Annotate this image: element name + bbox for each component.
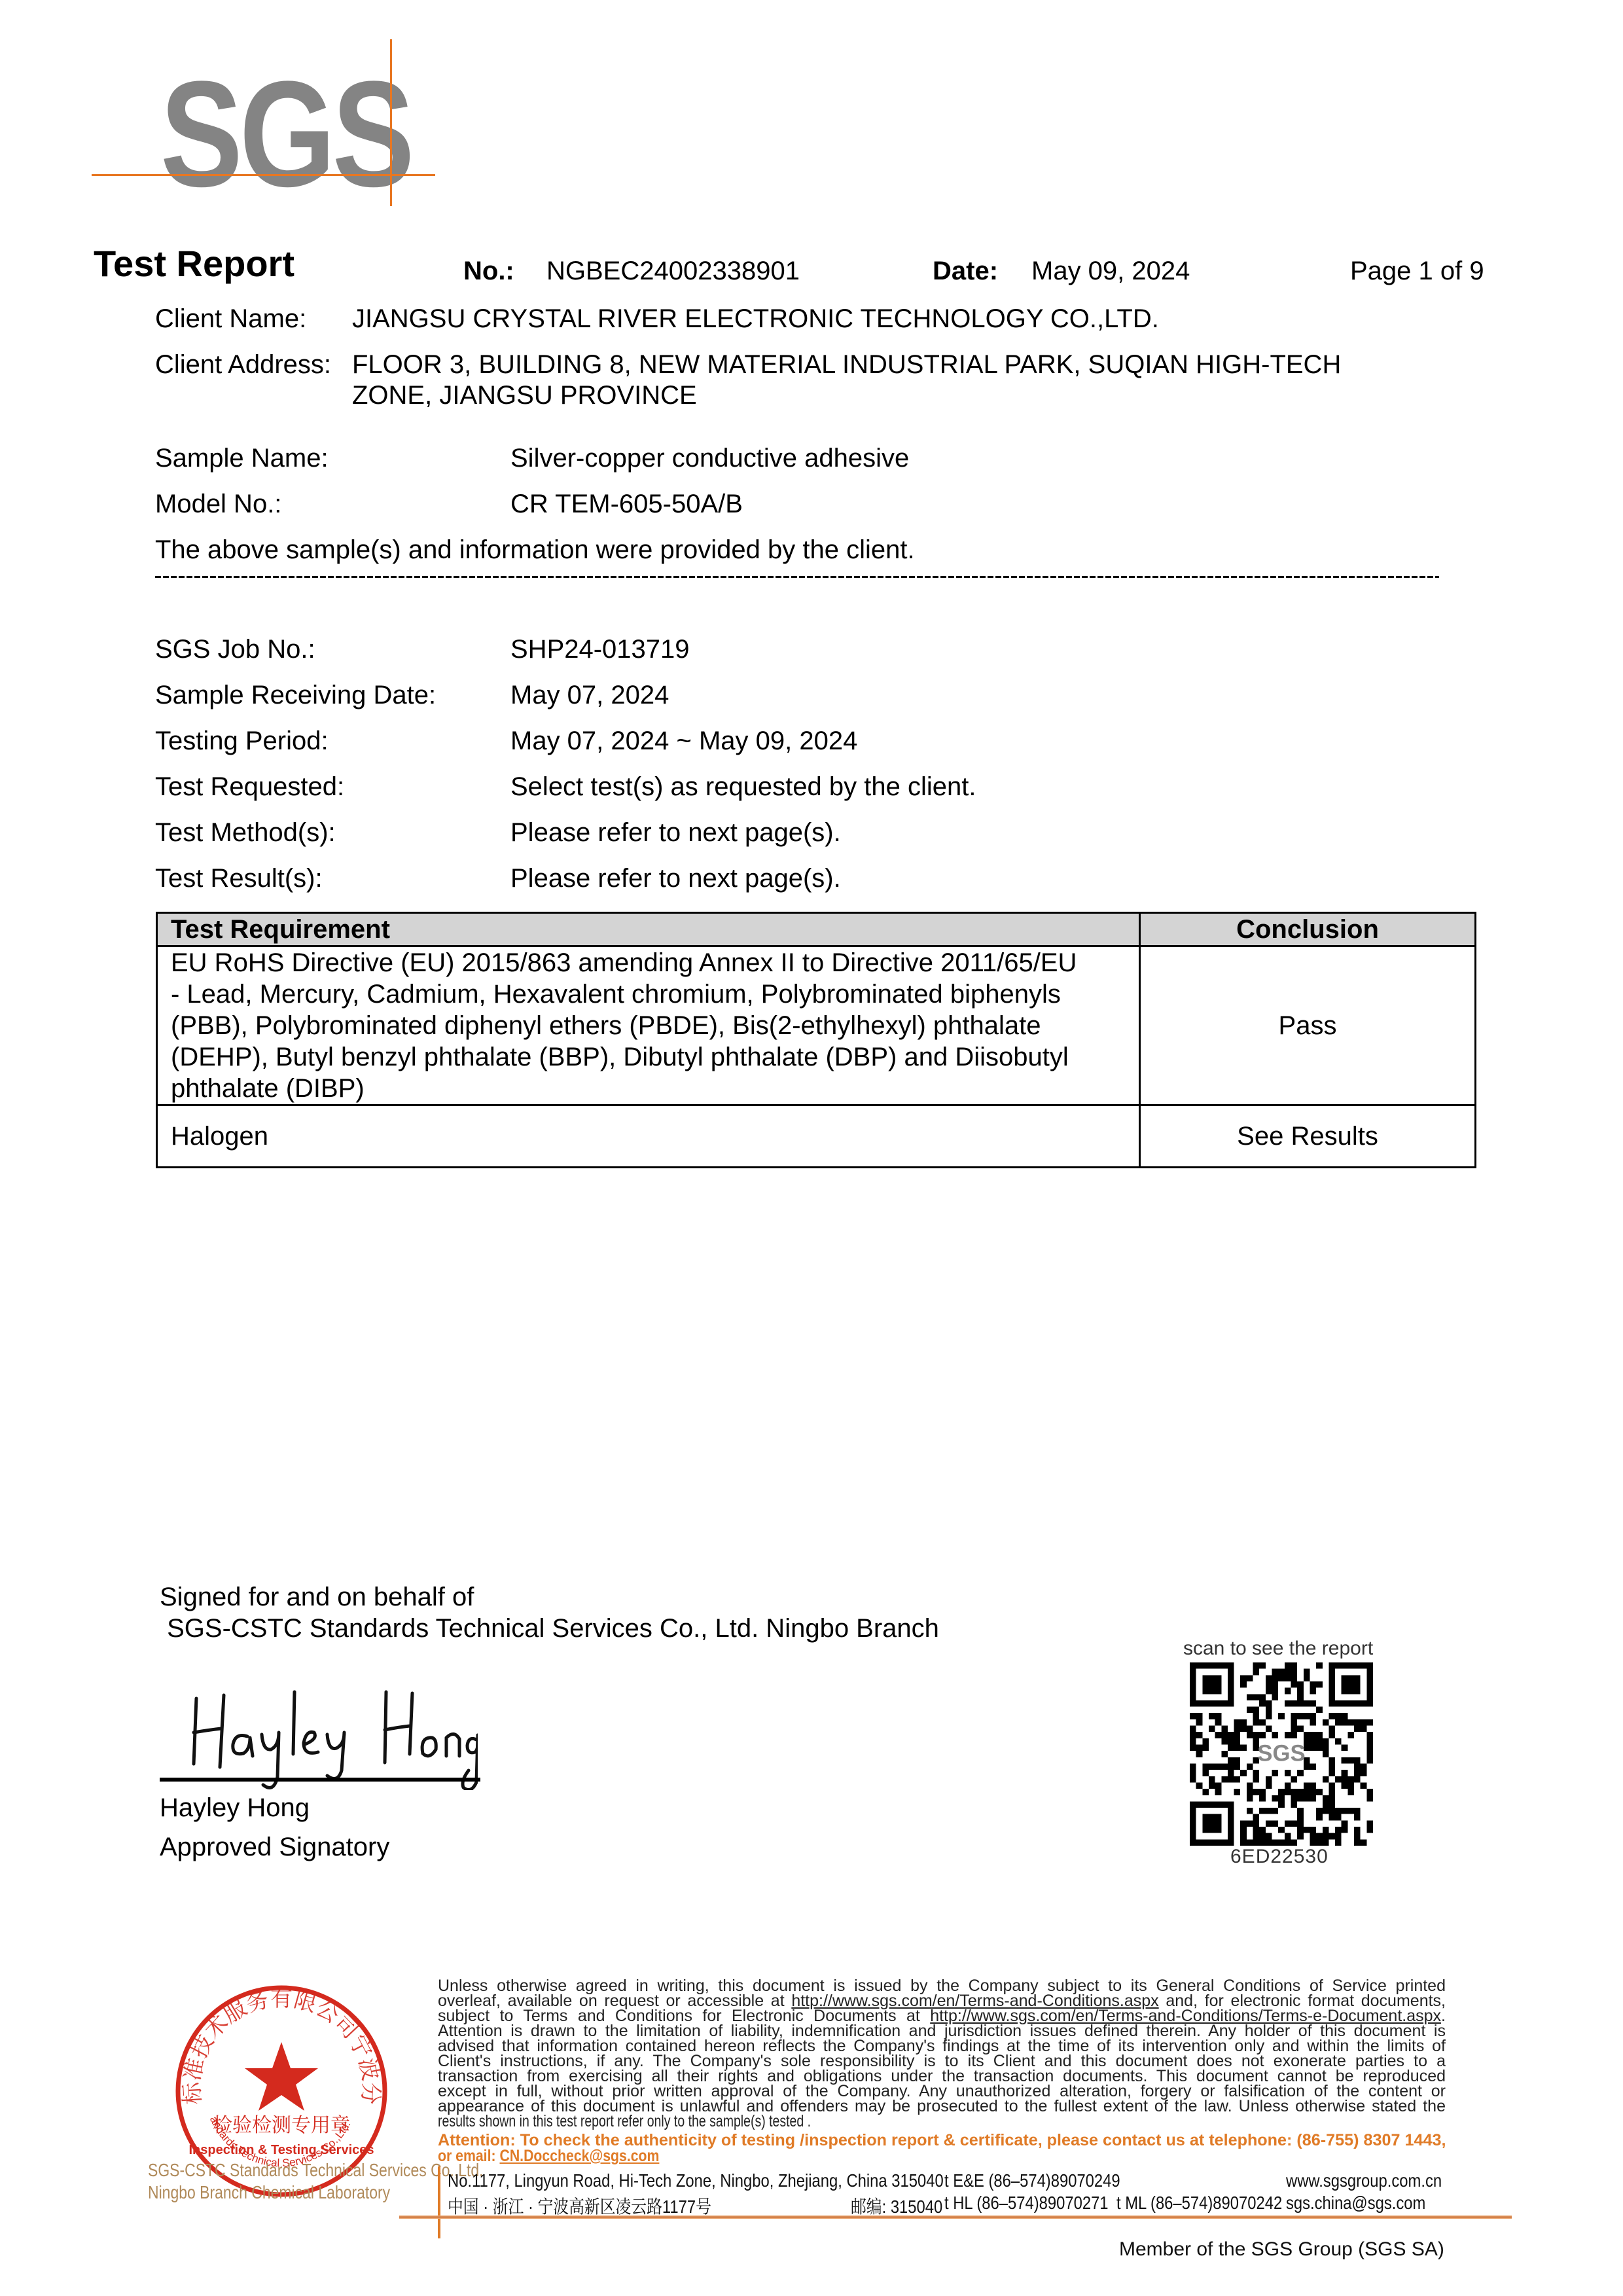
job-field-value: Please refer to next page(s). [510,864,841,893]
signing-company: SGS-CSTC Standards Technical Services Co… [160,1614,939,1643]
postcode-cn: 邮编: 315040 [851,2193,942,2219]
requirement-line: - Lead, Mercury, Cadmium, Hexavalent chr… [171,978,1126,1010]
address-cn: 中国 · 浙江 · 宁波高新区凌云路1177号 [448,2193,711,2219]
client-address-line1: FLOOR 3, BUILDING 8, NEW MATERIAL INDUST… [352,350,1341,380]
table-row: Halogen See Results [157,1105,1476,1168]
header-conclusion: Conclusion [1140,913,1476,946]
sgs-group-membership: Member of the SGS Group (SGS SA) [1119,2238,1444,2261]
signed-on-behalf: Signed for and on behalf of [160,1583,474,1612]
sgs-logo: SGS [92,33,445,223]
table-header-row: Test Requirement Conclusion [157,913,1476,946]
requirement-cell: EU RoHS Directive (EU) 2015/863 amending… [157,946,1140,1105]
sample-name: Silver-copper conductive adhesive [510,444,909,473]
svg-text:检验检测专用章: 检验检测专用章 [213,2114,350,2137]
footer-vertical-rule [438,2166,440,2238]
handwritten-signature [190,1672,478,1790]
authenticity-email-line: or email: CN.Doccheck@sgs.com [438,2147,659,2166]
job-field-label: SGS Job No.: [155,635,315,664]
job-field-value: Please refer to next page(s). [510,818,841,848]
client-name-label: Client Name: [155,304,306,334]
phone-ee: t E&E (86–574)89070249 [944,2170,1120,2191]
logo-horizontal-rule [92,174,435,176]
sgs-logo-text: SGS [160,59,412,209]
job-field-label: Test Result(s): [155,864,323,893]
report-title: Test Report [94,242,294,285]
requirement-line: phthalate (DIBP) [171,1073,1126,1104]
email-prefix: or email: [438,2147,499,2165]
dashed-separator [155,576,1439,578]
test-requirement-table: Test Requirement Conclusion EU RoHS Dire… [156,912,1476,1168]
job-field-label: Test Method(s): [155,818,336,848]
qr-code-icon[interactable]: SGS [1190,1662,1373,1846]
requirement-line: (PBB), Polybrominated diphenyl ethers (P… [171,1010,1126,1041]
client-address-line2: ZONE, JIANGSU PROVINCE [352,381,697,410]
logo-vertical-rule [390,39,392,206]
requirement-line: (DEHP), Butyl benzyl phthalate (BBP), Di… [171,1041,1126,1073]
china-email-link[interactable]: sgs.china@sgs.com [1286,2193,1425,2214]
report-number: NGBEC24002338901 [546,257,800,286]
table-row: EU RoHS Directive (EU) 2015/863 amending… [157,946,1476,1105]
sample-name-label: Sample Name: [155,444,329,473]
qr-verification-code: 6ED22530 [1230,1846,1329,1868]
legal-disclaimer: Unless otherwise agreed in writing, this… [438,1979,1446,2129]
conclusion-cell: Pass [1140,946,1476,1105]
job-field-label: Sample Receiving Date: [155,681,436,710]
svg-text:Inspection & Testing Services: Inspection & Testing Services [188,2143,374,2157]
lab-name-line1: SGS-CSTC Standards Technical Services Co… [148,2160,484,2181]
signature-line [160,1778,480,1782]
conclusion-cell: See Results [1140,1105,1476,1168]
report-date-label: Date: [933,257,998,286]
signatory-name: Hayley Hong [160,1793,310,1823]
client-address-label: Client Address: [155,350,331,380]
svg-text:SGS: SGS [1257,1742,1305,1767]
lab-name-line2: Ningbo Branch Chemical Laboratory [148,2182,390,2203]
job-field-value: SHP24-013719 [510,635,690,664]
signatory-title: Approved Signatory [160,1833,389,1862]
doccheck-email-link[interactable]: CN.Doccheck@sgs.com [499,2147,659,2165]
job-field-value: Select test(s) as requested by the clien… [510,772,976,802]
client-name: JIANGSU CRYSTAL RIVER ELECTRONIC TECHNOL… [352,304,1159,334]
sample-provided-note: The above sample(s) and information were… [155,535,915,565]
phone-hl: t HL (86–574)89070271 [944,2193,1109,2214]
requirement-line: EU RoHS Directive (EU) 2015/863 amending… [171,947,1126,978]
job-field-label: Testing Period: [155,726,329,756]
page-indicator: Page 1 of 9 [1350,257,1484,286]
requirement-cell: Halogen [157,1105,1140,1168]
footer-horizontal-rule [399,2215,1512,2219]
job-field-label: Test Requested: [155,772,344,802]
model-no-label: Model No.: [155,490,281,519]
header-test-requirement: Test Requirement [157,913,1140,946]
job-field-value: May 07, 2024 [510,681,669,710]
model-no: CR TEM-605-50A/B [510,490,743,519]
disclaimer-line: results shown in this test report refer … [438,2114,1224,2129]
report-number-label: No.: [463,257,514,286]
phone-ml: t ML (86–574)89070242 [1116,2193,1282,2214]
report-date: May 09, 2024 [1031,257,1190,286]
qr-caption: scan to see the report [1183,1638,1373,1660]
website-link[interactable]: www.sgsgroup.com.cn [1286,2170,1442,2191]
job-field-value: May 07, 2024 ~ May 09, 2024 [510,726,857,756]
address-en: No.1177, Lingyun Road, Hi-Tech Zone, Nin… [448,2170,944,2191]
